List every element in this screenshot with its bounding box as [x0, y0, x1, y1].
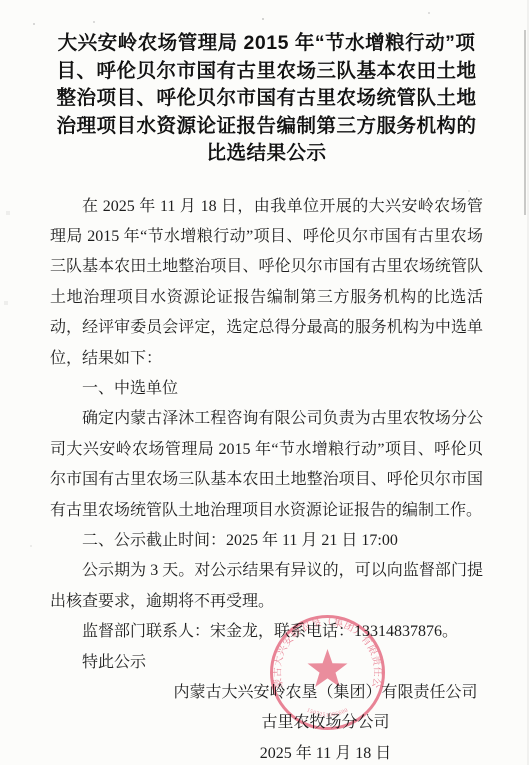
signature-date: 2025 年 11 月 18 日 — [168, 739, 483, 765]
paragraph-objection-period: 公示期为 3 天。对公示结果有异议的，可以向监督部门提出核查要求，逾期将不再受理… — [50, 556, 483, 617]
section-heading-selected-unit: 一、中选单位 — [50, 374, 483, 404]
seal-code-text: 1507251086600 — [306, 707, 350, 718]
section-heading-deadline: 二、公示截止时间：2025 年 11 月 21 日 17:00 — [50, 526, 483, 556]
scan-noise-specks — [0, 0, 2, 2]
document-body: 在 2025 年 11 月 18 日，由我单位开展的大兴安岭农场管理局 2015… — [50, 192, 483, 679]
official-seal: 内蒙古大兴安岭农垦（集团）有限责任公司 1507251086600 — [267, 612, 388, 733]
seal-star-icon — [308, 649, 348, 687]
paragraph-intro: 在 2025 年 11 月 18 日，由我单位开展的大兴安岭农场管理局 2015… — [50, 192, 483, 374]
document-page: 大兴安岭农场管理局 2015 年“节水增粮行动”项目、呼伦贝尔市国有古里农场三队… — [0, 0, 529, 765]
scan-edge-mark — [524, 30, 526, 215]
document-title: 大兴安岭农场管理局 2015 年“节水增粮行动”项目、呼伦贝尔市国有古里农场三队… — [50, 30, 483, 168]
paragraph-selected-unit-detail: 确定内蒙古泽沐工程咨询有限公司负责为古里农牧场分公司大兴安岭农场管理局 2015… — [50, 404, 483, 526]
